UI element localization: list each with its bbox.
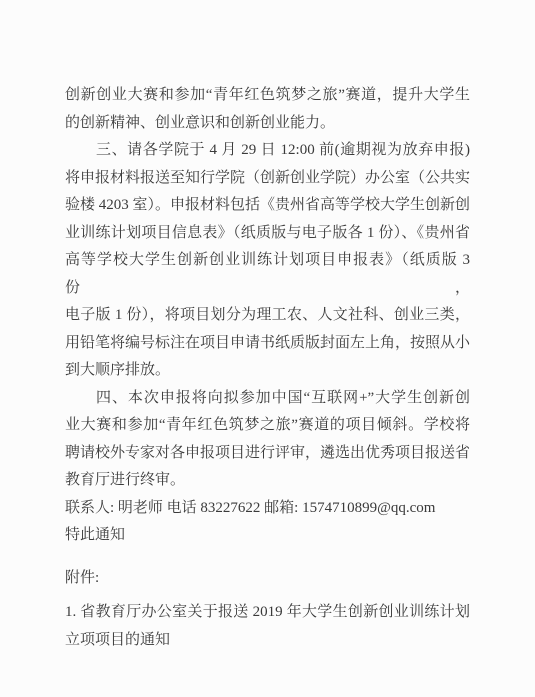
page: 创新创业大赛和参加“青年红色筑梦之旅”赛道，提升大学生的创新精神、创业意识和创新… — [0, 0, 535, 697]
notice-document: 创新创业大赛和参加“青年红色筑梦之旅”赛道，提升大学生的创新精神、创业意识和创新… — [65, 82, 470, 654]
text-line: 立项项目的通知 — [65, 627, 470, 655]
text-line: 三、请各学院于 4 月 29 日 12:00 前(逾期视为放弃申报) — [65, 137, 470, 165]
text-line: 聘请校外专家对各申报项目进行评审，遴选出优秀项目报送省 — [65, 440, 470, 468]
text-line: 创新创业大赛和参加“青年红色筑梦之旅”赛道，提升大学生 — [65, 82, 470, 110]
text-line: 联系人: 明老师 电话 83227622 邮箱: 1574710899@qq.c… — [65, 495, 470, 523]
text-line: 附件: — [65, 565, 470, 593]
text-line: 四、本次申报将向拟参加中国“互联网+”大学生创新创 — [65, 385, 470, 413]
text-line: 到大顺序排放。 — [65, 357, 470, 385]
text-line: 电子版 1 份），将项目划分为理工农、人文社科、创业三类， — [65, 302, 470, 330]
text-line: 业训练计划项目信息表》（纸质版与电子版各 1 份）、《贵州省 — [65, 220, 470, 248]
text-line: 业大赛和参加“青年红色筑梦之旅”赛道的项目倾斜。学校将 — [65, 412, 470, 440]
text-line: 将申报材料报送至知行学院（创新创业学院）办公室（公共实 — [65, 165, 470, 193]
text-line: 特此通知 — [65, 522, 470, 550]
text-line: 验楼 4203 室）。申报材料包括《贵州省高等学校大学生创新创 — [65, 192, 470, 220]
text-line: 的创新精神、创业意识和创新创业能力。 — [65, 110, 470, 138]
text-line: 用铅笔将编号标注在项目申请书纸质版封面左上角，按照从小 — [65, 330, 470, 358]
text-line: 1. 省教育厅办公室关于报送 2019 年大学生创新创业训练计划 — [65, 599, 470, 627]
text-line: 教育厅进行终审。 — [65, 467, 470, 495]
text-line: 高等学校大学生创新创业训练计划项目申报表》（纸质版 3 份， — [65, 247, 470, 302]
